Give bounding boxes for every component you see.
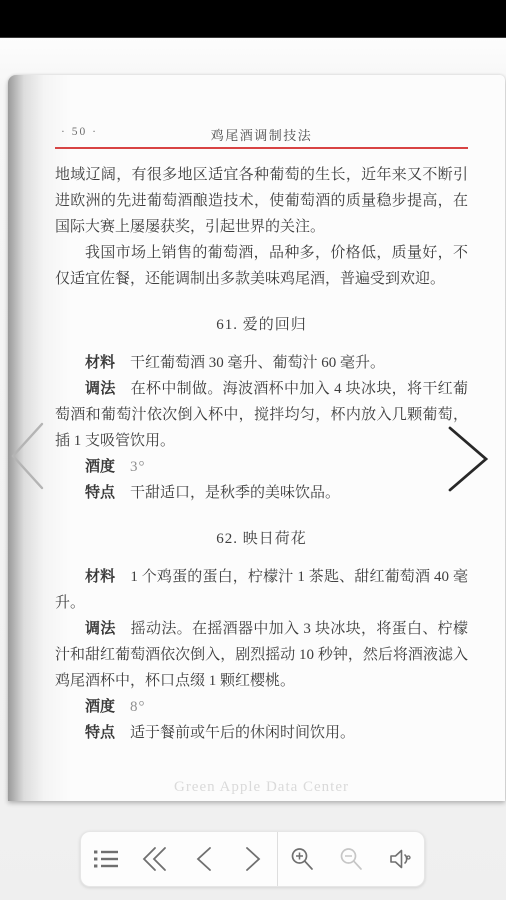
chevron-right-icon — [444, 482, 494, 497]
chevron-left-icon — [6, 480, 48, 495]
abv-value: 8° — [130, 699, 146, 715]
page-header: · 50 · 鸡尾酒调制技法 — [55, 124, 468, 149]
page-content: · 50 · 鸡尾酒调制技法 地域辽阔，有很多地区适宜各种葡萄的生长，近年来又不… — [55, 75, 468, 801]
recipe-abv-line: 酒度8° — [55, 694, 468, 720]
zoom-out-button[interactable] — [327, 832, 376, 886]
previous-page-arrow[interactable] — [6, 420, 48, 495]
method-label: 调法 — [85, 381, 116, 397]
zoom-in-button[interactable] — [278, 832, 327, 886]
recipe-material-line: 材料干红葡萄酒 30 毫升、葡萄汁 60 毫升。 — [55, 350, 468, 376]
method-label: 调法 — [85, 621, 116, 637]
chevron-right-icon — [244, 845, 262, 873]
recipe-feature-line: 特点适于餐前或午后的休闲时间饮用。 — [55, 720, 468, 746]
next-page-button[interactable] — [228, 832, 277, 886]
recipe-method-line: 调法摇动法。在摇酒器中加入 3 块冰块，将蛋白、柠檬汁和甜红葡萄酒依次倒入，剧烈… — [55, 616, 468, 694]
toolbar-nav-group — [81, 832, 278, 886]
material-text: 1 个鸡蛋的蛋白，柠檬汁 1 茶匙、甜红葡萄酒 40 毫升。 — [55, 569, 468, 611]
zoom-out-magnifier-icon — [338, 846, 364, 872]
feature-label: 特点 — [85, 485, 115, 501]
book-title: 鸡尾酒调制技法 — [55, 125, 468, 144]
material-label: 材料 — [85, 355, 115, 371]
next-page-arrow[interactable] — [444, 424, 494, 497]
double-chevron-left-icon — [141, 845, 169, 873]
feature-text: 干甜适口，是秋季的美味饮品。 — [130, 485, 340, 501]
status-bar — [0, 0, 506, 38]
abv-value: 3° — [130, 459, 146, 475]
toolbar-view-group — [278, 832, 424, 886]
toc-list-icon — [93, 847, 119, 871]
method-text: 摇动法。在摇酒器中加入 3 块冰块，将蛋白、柠檬汁和甜红葡萄酒依次倒入，剧烈摇动… — [55, 621, 468, 689]
reader-toolbar — [80, 831, 425, 887]
feature-text: 适于餐前或午后的休闲时间饮用。 — [130, 725, 355, 741]
reader-screen: · 50 · 鸡尾酒调制技法 地域辽阔，有很多地区适宜各种葡萄的生长，近年来又不… — [0, 0, 506, 900]
abv-label: 酒度 — [85, 459, 115, 475]
feature-label: 特点 — [85, 725, 115, 741]
paragraph: 我国市场上销售的葡萄酒，品种多，价格低，质量好，不仅适宜佐餐，还能调制出多款美味… — [55, 240, 468, 292]
recipe-method-line: 调法在杯中制做。海波酒杯中加入 4 块冰块，将干红葡萄酒和葡萄汁依次倒入杯中，搅… — [55, 376, 468, 454]
watermark-text: Green Apple Data Center — [55, 779, 468, 796]
paragraph: 地域辽阔，有很多地区适宜各种葡萄的生长，近年来又不断引进欧洲的先进葡萄酒酿造技术… — [55, 162, 468, 240]
recipe-abv-line: 酒度3° — [55, 454, 468, 480]
table-of-contents-button[interactable] — [81, 832, 130, 886]
zoom-in-magnifier-icon — [289, 846, 315, 872]
abv-label: 酒度 — [85, 699, 115, 715]
material-label: 材料 — [85, 569, 115, 585]
recipe-feature-line: 特点干甜适口，是秋季的美味饮品。 — [55, 480, 468, 506]
read-aloud-button[interactable] — [375, 832, 424, 886]
recipe-title: 62. 映日荷花 — [55, 526, 468, 552]
speaker-icon — [386, 845, 414, 873]
first-page-button[interactable] — [130, 832, 179, 886]
recipe-material-line: 材料1 个鸡蛋的蛋白，柠檬汁 1 茶匙、甜红葡萄酒 40 毫升。 — [55, 564, 468, 616]
book-page: · 50 · 鸡尾酒调制技法 地域辽阔，有很多地区适宜各种葡萄的生长，近年来又不… — [8, 75, 505, 801]
material-text: 干红葡萄酒 30 毫升、葡萄汁 60 毫升。 — [130, 355, 385, 371]
method-text: 在杯中制做。海波酒杯中加入 4 块冰块，将干红葡萄酒和葡萄汁依次倒入杯中，搅拌均… — [55, 381, 468, 449]
chevron-left-icon — [195, 845, 213, 873]
recipe-title: 61. 爱的回归 — [55, 312, 468, 338]
previous-page-button[interactable] — [179, 832, 228, 886]
